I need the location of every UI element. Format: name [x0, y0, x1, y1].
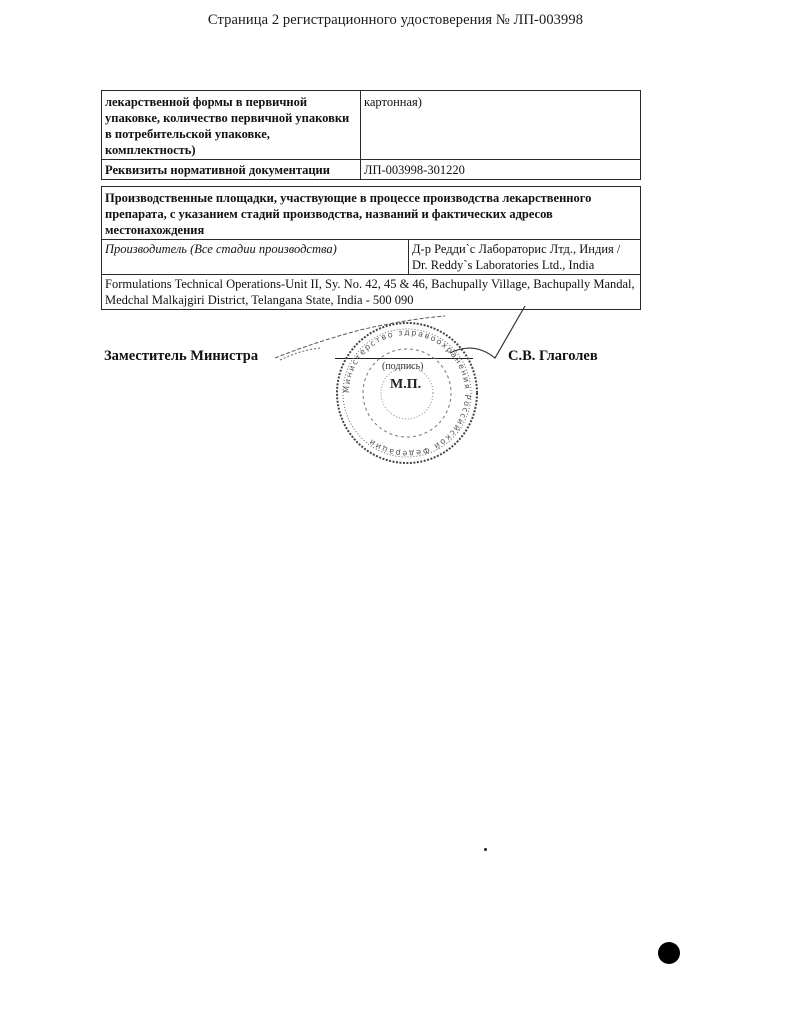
table-row: лекарственной формы в первичной упаковке…: [102, 91, 641, 160]
normative-docs-label-cell: Реквизиты нормативной документации: [102, 160, 361, 180]
packaging-value-cell: картонная): [361, 91, 641, 160]
page-header: Страница 2 регистрационного удостоверени…: [0, 12, 791, 29]
production-sites-table: Производственные площадки, участвующие в…: [101, 186, 641, 310]
scan-speck: [484, 848, 487, 851]
table-row: Производитель (Все стадии производства) …: [102, 240, 641, 275]
table-row: Производственные площадки, участвующие в…: [102, 187, 641, 240]
signatory-position: Заместитель Министра: [104, 348, 258, 365]
manufacturer-name-cell: Д-р Редди`с Лабораторис Лтд., Индия / Dr…: [409, 240, 641, 275]
manufacturer-label-cell: Производитель (Все стадии производства): [102, 240, 409, 275]
signatory-name: С.В. Глаголев: [508, 348, 598, 365]
seal-mark: М.П.: [390, 377, 421, 393]
handwritten-signature-icon: [270, 298, 550, 388]
manufacturer-name-en: Dr. Reddy`s Laboratories Ltd., India: [412, 257, 637, 273]
scan-marker-dot: [658, 942, 680, 964]
address-line-1: Formulations Technical Operations-Unit I…: [105, 276, 637, 292]
signature-caption: (подпись): [382, 361, 424, 372]
table-row: Реквизиты нормативной документации ЛП-00…: [102, 160, 641, 180]
normative-docs-value-cell: ЛП-003998-301220: [361, 160, 641, 180]
manufacturer-name-ru: Д-р Редди`с Лабораторис Лтд., Индия /: [412, 241, 637, 257]
packaging-label-cell: лекарственной формы в первичной упаковке…: [102, 91, 361, 160]
production-sites-heading: Производственные площадки, участвующие в…: [102, 187, 641, 240]
registration-details-table: лекарственной формы в первичной упаковке…: [101, 90, 641, 180]
